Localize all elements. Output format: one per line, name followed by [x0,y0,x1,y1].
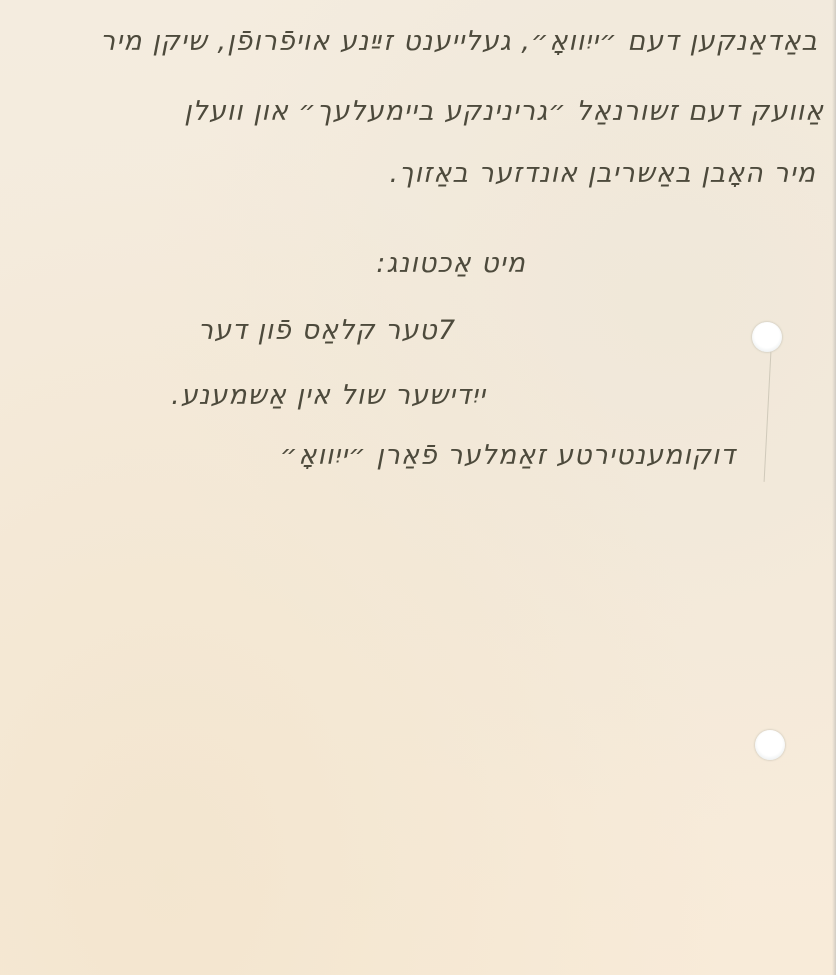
text-line-signature-1: 7טער קלאַס פֿון דער [198,315,456,346]
paper-crease [764,352,772,482]
punch-hole-top [752,322,782,352]
text-line-2: אַוועק דעם זשורנאַל ״גרינינקע ביימעלעך״ … [184,96,824,127]
text-line-1: באַדאַנקען דעם ״ייִוואָ״, געלייענט זײַנע… [100,26,818,57]
text-line-closing: מיט אַכטונג: [376,248,526,279]
text-line-signature-2: ייִדישער שול אין אַשמענע. [171,380,486,411]
document-page: באַדאַנקען דעם ״ייִוואָ״, געלייענט זײַנע… [0,0,836,975]
punch-hole-bottom [755,730,785,760]
page-edge-shadow [832,0,836,975]
text-line-signature-3: דוקומענטירטע זאַמלער פֿאַרן ״ייִוואָ״ [280,440,736,471]
text-line-3: מיר האָבן באַשריבן אונדזער באַזוך. [389,158,816,189]
